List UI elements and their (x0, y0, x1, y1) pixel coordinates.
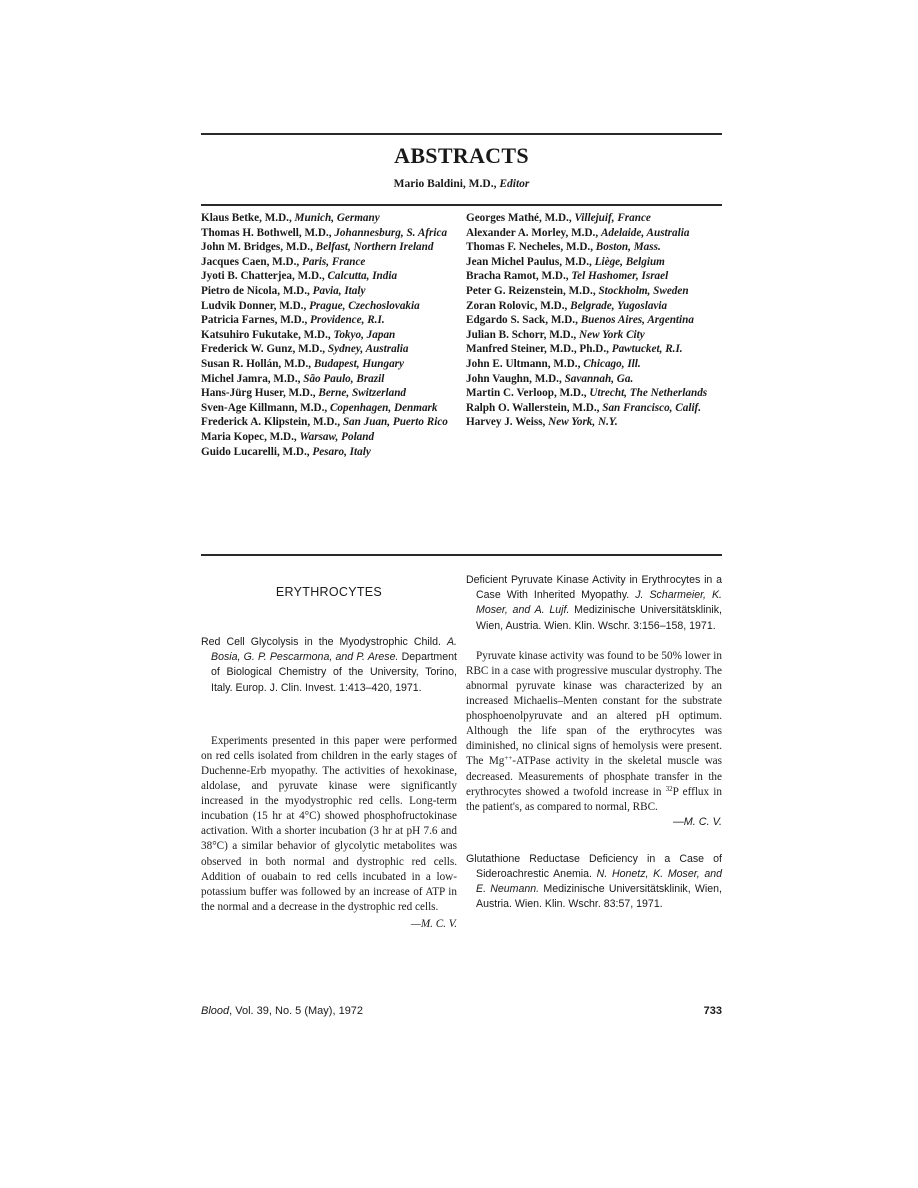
member-name: Ludvik Donner, M.D., (201, 300, 306, 312)
board-member: Manfred Steiner, M.D., Ph.D., Pawtucket,… (466, 342, 721, 357)
abstract-signature: —M. C. V. (466, 815, 722, 830)
board-member: Thomas H. Bothwell, M.D., Johannesburg, … (201, 226, 456, 241)
abstracts-right-column: Deficient Pyruvate Kinase Activity in Er… (466, 573, 722, 913)
board-member: Jacques Caen, M.D., Paris, France (201, 255, 456, 270)
member-location: Boston, Mass. (596, 241, 661, 253)
member-location: Pawtucket, R.I. (612, 343, 683, 355)
board-member: John E. Ultmann, M.D., Chicago, Ill. (466, 357, 721, 372)
board-member: Patricia Farnes, M.D., Providence, R.I. (201, 313, 456, 328)
board-member: Julian B. Schorr, M.D., New York City (466, 328, 721, 343)
member-location: New York City (579, 329, 645, 341)
member-location: San Juan, Puerto Rico (343, 416, 448, 428)
board-member: Alexander A. Morley, M.D., Adelaide, Aus… (466, 226, 721, 241)
editor-role: Editor (499, 178, 529, 190)
section-heading: ERYTHROCYTES (201, 585, 457, 599)
abstract-citation: Red Cell Glycolysis in the Myodystrophic… (201, 635, 457, 696)
member-location: Budapest, Hungary (314, 358, 404, 370)
board-member: Thomas F. Necheles, M.D., Boston, Mass. (466, 240, 721, 255)
member-location: Providence, R.I. (310, 314, 385, 326)
member-location: Villejuif, France (574, 212, 650, 224)
journal-issue: , Vol. 39, No. 5 (May), 1972 (229, 1005, 363, 1017)
member-location: Savannah, Ga. (565, 373, 634, 385)
board-member: Harvey J. Weiss, New York, N.Y. (466, 415, 721, 430)
member-name: Jean Michel Paulus, M.D., (466, 256, 592, 268)
superscript: 32 (666, 785, 673, 793)
board-member: Zoran Rolovic, M.D., Belgrade, Yugoslavi… (466, 299, 721, 314)
abstract-citation: Glutathione Reductase Deficiency in a Ca… (466, 852, 722, 913)
member-name: Klaus Betke, M.D., (201, 212, 292, 224)
member-name: Jacques Caen, M.D., (201, 256, 299, 268)
member-location: Belfast, Northern Ireland (316, 241, 434, 253)
editorial-board-left: Klaus Betke, M.D., Munich, GermanyThomas… (201, 211, 456, 459)
board-member: Katsuhiro Fukutake, M.D., Tokyo, Japan (201, 328, 456, 343)
member-name: Susan R. Hollán, M.D., (201, 358, 311, 370)
member-name: Bracha Ramot, M.D., (466, 270, 569, 282)
member-location: Pesaro, Italy (312, 446, 370, 458)
member-location: San Francisco, Calif. (602, 402, 701, 414)
board-member: John Vaughn, M.D., Savannah, Ga. (466, 372, 721, 387)
board-member: Pietro de Nicola, M.D., Pavia, Italy (201, 284, 456, 299)
member-location: São Paulo, Brazil (303, 373, 384, 385)
body-text-part: Pyruvate kinase activity was found to be… (466, 650, 722, 768)
board-member: Guido Lucarelli, M.D., Pesaro, Italy (201, 445, 456, 460)
member-location: Calcutta, India (327, 270, 397, 282)
board-bottom-rule (201, 554, 722, 556)
member-location: Johannesburg, S. Africa (334, 227, 447, 239)
member-name: Frederick W. Gunz, M.D., (201, 343, 325, 355)
member-name: Frederick A. Klipstein, M.D., (201, 416, 340, 428)
member-name: John E. Ultmann, M.D., (466, 358, 580, 370)
editorial-board-right: Georges Mathé, M.D., Villejuif, FranceAl… (466, 211, 721, 430)
member-location: Copenhagen, Denmark (330, 402, 438, 414)
member-name: John Vaughn, M.D., (466, 373, 562, 385)
abstract-body: Pyruvate kinase activity was found to be… (466, 649, 722, 815)
abstract-body: Experiments presented in this paper were… (201, 734, 457, 915)
board-member: Georges Mathé, M.D., Villejuif, France (466, 211, 721, 226)
member-location: Paris, France (302, 256, 365, 268)
member-location: Munich, Germany (295, 212, 380, 224)
member-location: Buenos Aires, Argentina (581, 314, 694, 326)
board-member: Susan R. Hollán, M.D., Budapest, Hungary (201, 357, 456, 372)
member-name: Maria Kopec, M.D., (201, 431, 297, 443)
member-location: Liège, Belgium (595, 256, 665, 268)
board-member: Frederick W. Gunz, M.D., Sydney, Austral… (201, 342, 456, 357)
board-member: Martin C. Verloop, M.D., Utrecht, The Ne… (466, 386, 721, 401)
board-member: Maria Kopec, M.D., Warsaw, Poland (201, 430, 456, 445)
member-name: Zoran Rolovic, M.D., (466, 300, 567, 312)
board-member: Ralph O. Wallerstein, M.D., San Francisc… (466, 401, 721, 416)
member-location: Belgrade, Yugoslavia (570, 300, 667, 312)
member-name: Martin C. Verloop, M.D., (466, 387, 587, 399)
member-name: Guido Lucarelli, M.D., (201, 446, 310, 458)
board-member: Klaus Betke, M.D., Munich, Germany (201, 211, 456, 226)
board-member: Edgardo S. Sack, M.D., Buenos Aires, Arg… (466, 313, 721, 328)
abstract-title: Red Cell Glycolysis in the Myodystrophic… (201, 636, 441, 648)
member-name: Pietro de Nicola, M.D., (201, 285, 310, 297)
journal-footer: Blood, Vol. 39, No. 5 (May), 1972 (201, 1005, 363, 1017)
board-member: Bracha Ramot, M.D., Tel Hashomer, Israel (466, 269, 721, 284)
member-location: Berne, Switzerland (318, 387, 406, 399)
member-location: New York, N.Y. (548, 416, 618, 428)
page-number: 733 (704, 1005, 722, 1017)
member-location: Pavia, Italy (313, 285, 366, 297)
member-location: Utrecht, The Netherlands (589, 387, 707, 399)
board-top-rule (201, 204, 722, 206)
top-rule (201, 133, 722, 135)
member-name: Michel Jamra, M.D., (201, 373, 300, 385)
board-member: Sven-Age Killmann, M.D., Copenhagen, Den… (201, 401, 456, 416)
member-name: Harvey J. Weiss, (466, 416, 545, 428)
member-name: Manfred Steiner, M.D., Ph.D., (466, 343, 609, 355)
member-location: Warsaw, Poland (300, 431, 375, 443)
member-name: Edgardo S. Sack, M.D., (466, 314, 578, 326)
member-name: Peter G. Reizenstein, M.D., (466, 285, 596, 297)
editor-name: Mario Baldini, M.D., (394, 178, 497, 190)
board-member: Frederick A. Klipstein, M.D., San Juan, … (201, 415, 456, 430)
journal-name: Blood (201, 1005, 229, 1017)
member-name: Katsuhiro Fukutake, M.D., (201, 329, 331, 341)
member-name: Alexander A. Morley, M.D., (466, 227, 598, 239)
member-location: Prague, Czechoslovakia (309, 300, 420, 312)
board-member: Ludvik Donner, M.D., Prague, Czechoslova… (201, 299, 456, 314)
board-member: Jyoti B. Chatterjea, M.D., Calcutta, Ind… (201, 269, 456, 284)
page-title: ABSTRACTS (201, 143, 722, 169)
board-member: Hans-Jürg Huser, M.D., Berne, Switzerlan… (201, 386, 456, 401)
member-location: Adelaide, Australia (601, 227, 689, 239)
member-name: Hans-Jürg Huser, M.D., (201, 387, 316, 399)
member-name: Georges Mathé, M.D., (466, 212, 572, 224)
member-location: Chicago, Ill. (583, 358, 641, 370)
abstracts-left-column: ERYTHROCYTES Red Cell Glycolysis in the … (201, 585, 457, 932)
member-name: Ralph O. Wallerstein, M.D., (466, 402, 599, 414)
member-location: Stockholm, Sweden (598, 285, 688, 297)
member-name: Thomas F. Necheles, M.D., (466, 241, 593, 253)
abstract-signature: —M. C. V. (201, 917, 457, 932)
member-name: Sven-Age Killmann, M.D., (201, 402, 327, 414)
board-member: Michel Jamra, M.D., São Paulo, Brazil (201, 372, 456, 387)
board-member: Jean Michel Paulus, M.D., Liège, Belgium (466, 255, 721, 270)
member-name: Patricia Farnes, M.D., (201, 314, 307, 326)
abstract-citation: Deficient Pyruvate Kinase Activity in Er… (466, 573, 722, 634)
member-location: Sydney, Australia (328, 343, 409, 355)
member-location: Tokyo, Japan (334, 329, 396, 341)
board-member: Peter G. Reizenstein, M.D., Stockholm, S… (466, 284, 721, 299)
member-name: Jyoti B. Chatterjea, M.D., (201, 270, 325, 282)
board-member: John M. Bridges, M.D., Belfast, Northern… (201, 240, 456, 255)
member-location: Tel Hashomer, Israel (571, 270, 668, 282)
editor-line: Mario Baldini, M.D., Editor (201, 178, 722, 190)
member-name: John M. Bridges, M.D., (201, 241, 313, 253)
member-name: Thomas H. Bothwell, M.D., (201, 227, 332, 239)
member-name: Julian B. Schorr, M.D., (466, 329, 576, 341)
